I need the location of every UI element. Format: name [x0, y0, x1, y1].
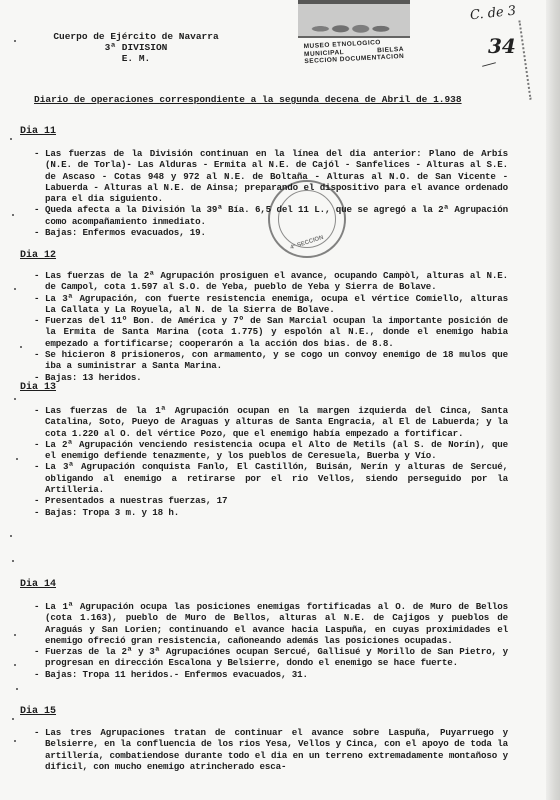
page-edge-shadow [546, 0, 560, 800]
day-entries: La 1ª Agrupación ocupa las posiciones en… [34, 601, 508, 680]
paper-speck [14, 664, 16, 666]
log-entry: Bajas: Tropa 3 m. y 18 h. [34, 507, 508, 518]
log-entry: Presentados a nuestras fuerzas, 17 [34, 495, 508, 506]
day-entries: Las tres Agrupaciones tratan de continua… [34, 727, 508, 772]
day-entries: Las fuerzas de la División continuan en … [34, 148, 508, 238]
log-entry: Bajas: Enfermos evacuados, 19. [34, 227, 508, 238]
stamp-text: MUSEO ETNOLOGICO MUNICIPAL BIELSA SECCIO… [303, 37, 424, 66]
log-entry: La 2ª Agrupación venciendo resistencia o… [34, 439, 508, 462]
paper-speck [14, 288, 16, 290]
log-entry: Se hicieron 8 prisioneros, con armamento… [34, 349, 508, 372]
log-entry: La 3ª Agrupación, con fuerte resistencia… [34, 293, 508, 316]
paper-speck [14, 40, 16, 42]
paper-speck [12, 718, 14, 720]
paper-speck [12, 560, 14, 562]
log-entry: Las fuerzas de la División continuan en … [34, 148, 508, 204]
document-title: Diario de operaciones correspondiente a … [34, 94, 462, 105]
header-staff: E. M. [36, 53, 236, 64]
log-entry: Las fuerzas de la 1ª Agrupación ocupan e… [34, 405, 508, 439]
day-entries: Las fuerzas de la 2ª Agrupación prosigue… [34, 270, 508, 383]
day-heading: Dia 12 [20, 250, 56, 261]
log-entry: Fuerzas del 11º Bon. de América y 7º de … [34, 315, 508, 349]
museum-stamp: MUSEO ETNOLOGICO MUNICIPAL BIELSA SECCIO… [290, 0, 430, 66]
paper-speck [16, 458, 18, 460]
day-heading: Dia 13 [20, 382, 56, 393]
paper-speck [12, 214, 14, 216]
log-entry: La 1ª Agrupación ocupa las posiciones en… [34, 601, 508, 646]
log-entry: Bajas: 13 heridos. [34, 372, 508, 383]
paper-speck [16, 688, 18, 690]
log-entry: Las tres Agrupaciones tratan de continua… [34, 727, 508, 772]
stamp-emblem-icon [298, 0, 410, 38]
handwritten-reference: C. de 3 [469, 4, 516, 24]
log-entry: Fuerzas de la 2ª y 3ª Agrupaciónes ocupa… [34, 646, 508, 669]
paper-speck [14, 634, 16, 636]
document-header: Cuerpo de Ejército de Navarra 3ª DIVISIO… [36, 31, 236, 64]
day-heading: Dia 15 [20, 706, 56, 717]
log-entry: Las fuerzas de la 2ª Agrupación prosigue… [34, 270, 508, 293]
log-entry: La 3ª Agrupación conquista Fanlo, El Cas… [34, 461, 508, 495]
header-division: 3ª DIVISION [36, 42, 236, 53]
paper-speck [14, 740, 16, 742]
paper-speck [10, 138, 12, 140]
day-entries: Las fuerzas de la 1ª Agrupación ocupan e… [34, 405, 508, 518]
log-entry: Bajas: Tropa 11 heridos.- Enfermos evacu… [34, 669, 508, 680]
day-heading: Dia 11 [20, 126, 56, 137]
header-corps: Cuerpo de Ejército de Navarra [36, 31, 236, 42]
day-heading: Dia 14 [20, 579, 56, 590]
paper-speck [10, 535, 12, 537]
log-entry: Queda afecta a la División la 39ª Bía. 6… [34, 204, 508, 227]
handwritten-page-number: 34 [488, 34, 516, 58]
handwritten-annotation: C. de 3 34 [470, 6, 516, 21]
paper-speck [14, 398, 16, 400]
paper-speck [20, 346, 22, 348]
